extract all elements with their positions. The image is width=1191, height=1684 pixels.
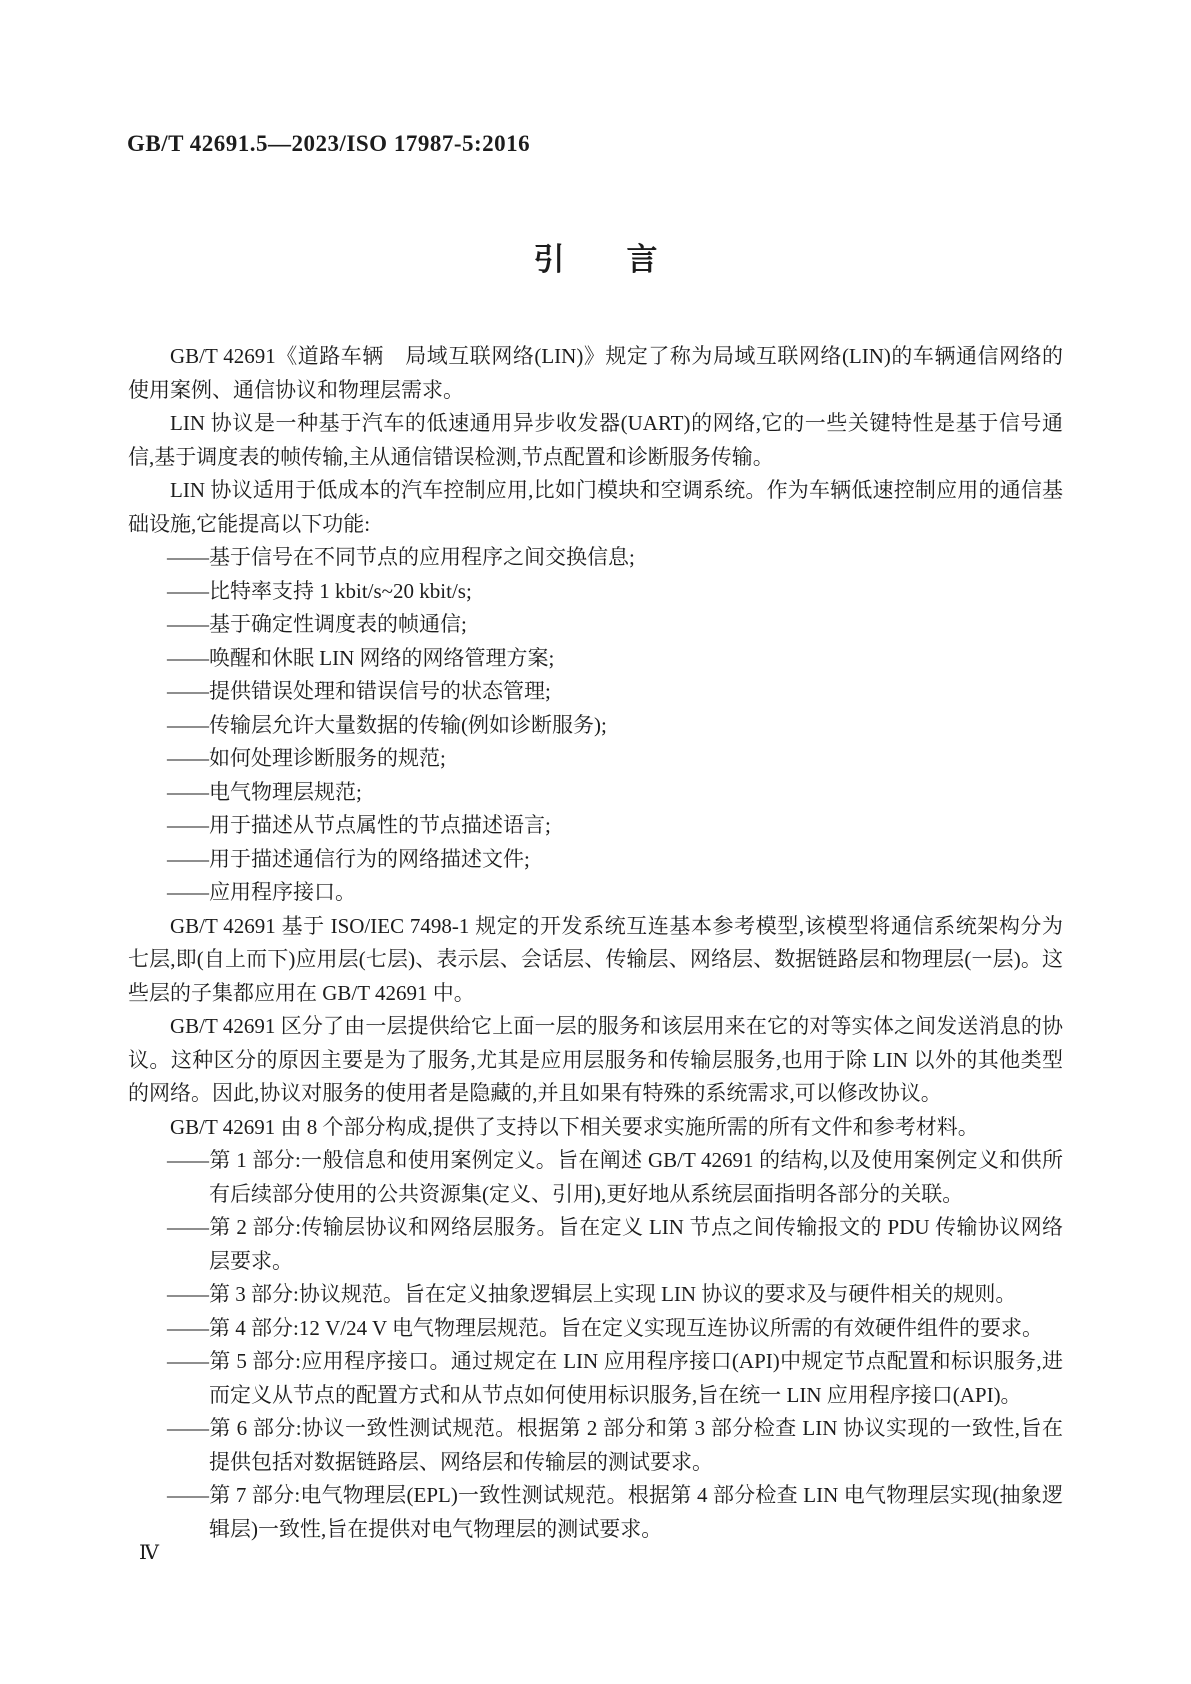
list-item: ——传输层允许大量数据的传输(例如诊断服务); (167, 709, 1063, 743)
paragraph-service-protocol: GB/T 42691 区分了由一层提供给它上面一层的服务和该层用来在它的对等实体… (128, 1010, 1063, 1111)
page-title: 引 言 (0, 234, 1191, 279)
list-item: ——唤醒和休眠 LIN 网络的网络管理方案; (167, 642, 1063, 676)
list-item: ——第 2 部分:传输层协议和网络层服务。旨在定义 LIN 节点之间传输报文的 … (167, 1211, 1063, 1278)
paragraph-lin-overview: LIN 协议是一种基于汽车的低速通用异步收发器(UART)的网络,它的一些关键特… (128, 407, 1063, 474)
list-item: ——提供错误处理和错误信号的状态管理; (167, 675, 1063, 709)
page-number: Ⅳ (139, 1540, 159, 1565)
list-item: ——第 7 部分:电气物理层(EPL)一致性测试规范。根据第 4 部分检查 LI… (167, 1479, 1063, 1546)
parts-list: ——第 1 部分:一般信息和使用案例定义。旨在阐述 GB/T 42691 的结构… (128, 1144, 1063, 1546)
list-item: ——比特率支持 1 kbit/s~20 kbit/s; (167, 575, 1063, 609)
list-item: ——基于确定性调度表的帧通信; (167, 608, 1063, 642)
list-item: ——第 3 部分:协议规范。旨在定义抽象逻辑层上实现 LIN 协议的要求及与硬件… (167, 1278, 1063, 1312)
list-item: ——第 6 部分:协议一致性测试规范。根据第 2 部分和第 3 部分检查 LIN… (167, 1412, 1063, 1479)
paragraph-parts-intro: GB/T 42691 由 8 个部分构成,提供了支持以下相关要求实施所需的所有文… (128, 1111, 1063, 1145)
paragraph-osi-model: GB/T 42691 基于 ISO/IEC 7498-1 规定的开发系统互连基本… (128, 910, 1063, 1011)
list-item: ——第 1 部分:一般信息和使用案例定义。旨在阐述 GB/T 42691 的结构… (167, 1144, 1063, 1211)
list-item: ——用于描述通信行为的网络描述文件; (167, 843, 1063, 877)
list-item: ——如何处理诊断服务的规范; (167, 742, 1063, 776)
paragraph-lin-application: LIN 协议适用于低成本的汽车控制应用,比如门模块和空调系统。作为车辆低速控制应… (128, 474, 1063, 541)
list-item: ——电气物理层规范; (167, 776, 1063, 810)
document-body: GB/T 42691《道路车辆 局域互联网络(LIN)》规定了称为局域互联网络(… (128, 340, 1063, 1546)
standard-number-header: GB/T 42691.5—2023/ISO 17987-5:2016 (127, 131, 530, 157)
list-item: ——用于描述从节点属性的节点描述语言; (167, 809, 1063, 843)
list-item: ——基于信号在不同节点的应用程序之间交换信息; (167, 541, 1063, 575)
feature-list: ——基于信号在不同节点的应用程序之间交换信息; ——比特率支持 1 kbit/s… (128, 541, 1063, 910)
list-item: ——应用程序接口。 (167, 876, 1063, 910)
paragraph-scope: GB/T 42691《道路车辆 局域互联网络(LIN)》规定了称为局域互联网络(… (128, 340, 1063, 407)
list-item: ——第 4 部分:12 V/24 V 电气物理层规范。旨在定义实现互连协议所需的… (167, 1312, 1063, 1346)
document-page: GB/T 42691.5—2023/ISO 17987-5:2016 引 言 G… (0, 0, 1191, 1684)
list-item: ——第 5 部分:应用程序接口。通过规定在 LIN 应用程序接口(API)中规定… (167, 1345, 1063, 1412)
